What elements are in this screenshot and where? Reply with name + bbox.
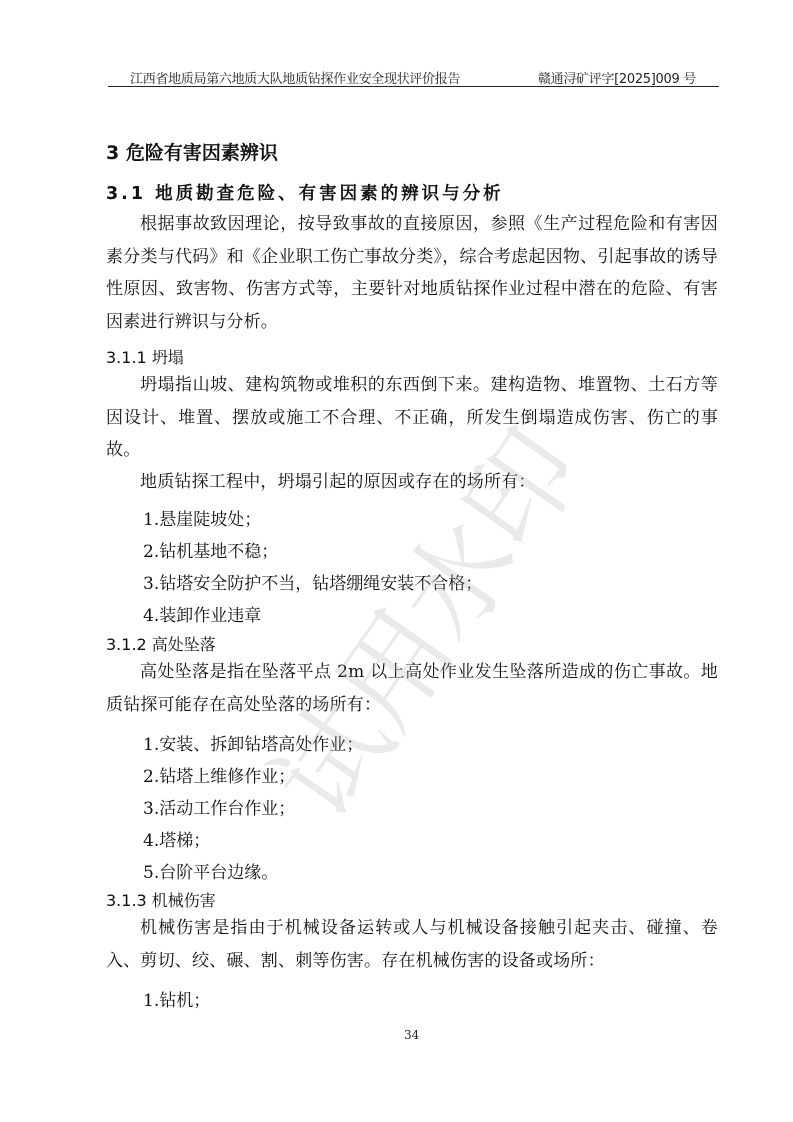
collapse-definition-paragraph: 坍塌指山坡、建构筑物或堆积的东西倒下来。建构造物、堆置物、土石方等因设计、堆置、…: [106, 369, 718, 467]
chapter-title: 3 危险有害因素辨识: [106, 138, 278, 165]
list-item: 2.钻机基地不稳；: [143, 537, 278, 562]
intro-paragraph: 根据事故致因理论，按导致事故的直接原因，参照《生产过程危险和有害因素分类与代码》…: [106, 208, 718, 338]
list-item: 1.钻机；: [143, 986, 210, 1011]
subsection-title-collapse: 3.1.1 坍塌: [106, 345, 184, 368]
list-item: 4.装卸作业违章: [143, 601, 261, 626]
subsection-title-mechanical-injury: 3.1.3 机械伤害: [106, 888, 216, 911]
list-item: 5.台阶平台边缘。: [143, 858, 278, 883]
list-item: 3.活动工作台作业；: [143, 794, 295, 819]
subsection-title-fall: 3.1.2 高处坠落: [106, 632, 216, 655]
collapse-locations-paragraph: 地质钻探工程中，坍塌引起的原因或存在的场所有：: [106, 466, 718, 499]
mechanical-definition-paragraph: 机械伤害是指由于机械设备运转或人与机械设备接触引起夹击、碰撞、卷入、剪切、绞、碾…: [106, 912, 718, 977]
list-item: 1.安装、拆卸钻塔高处作业；: [143, 730, 363, 755]
section-title: 3.1 地质勘查危险、有害因素的辨识与分析: [106, 180, 504, 205]
list-item: 4.塔梯；: [143, 826, 210, 851]
list-item: 3.钻塔安全防护不当，钻塔绷绳安装不合格；: [143, 569, 482, 594]
page-number: 34: [404, 1028, 419, 1042]
list-item: 2.钻塔上维修作业；: [143, 762, 295, 787]
list-item: 1.悬崖陡坡处；: [143, 505, 261, 530]
fall-definition-paragraph: 高处坠落是指在坠落平点 2m 以上高处作业发生坠落所造成的伤亡事故。地质钻探可能…: [106, 656, 718, 721]
header-report-title: 江西省地质局第六地质大队地质钻探作业安全现状评价报告: [130, 68, 460, 87]
header-document-number: 赣通浔矿评字[2025]009 号: [538, 68, 696, 87]
header-divider: [108, 86, 719, 87]
